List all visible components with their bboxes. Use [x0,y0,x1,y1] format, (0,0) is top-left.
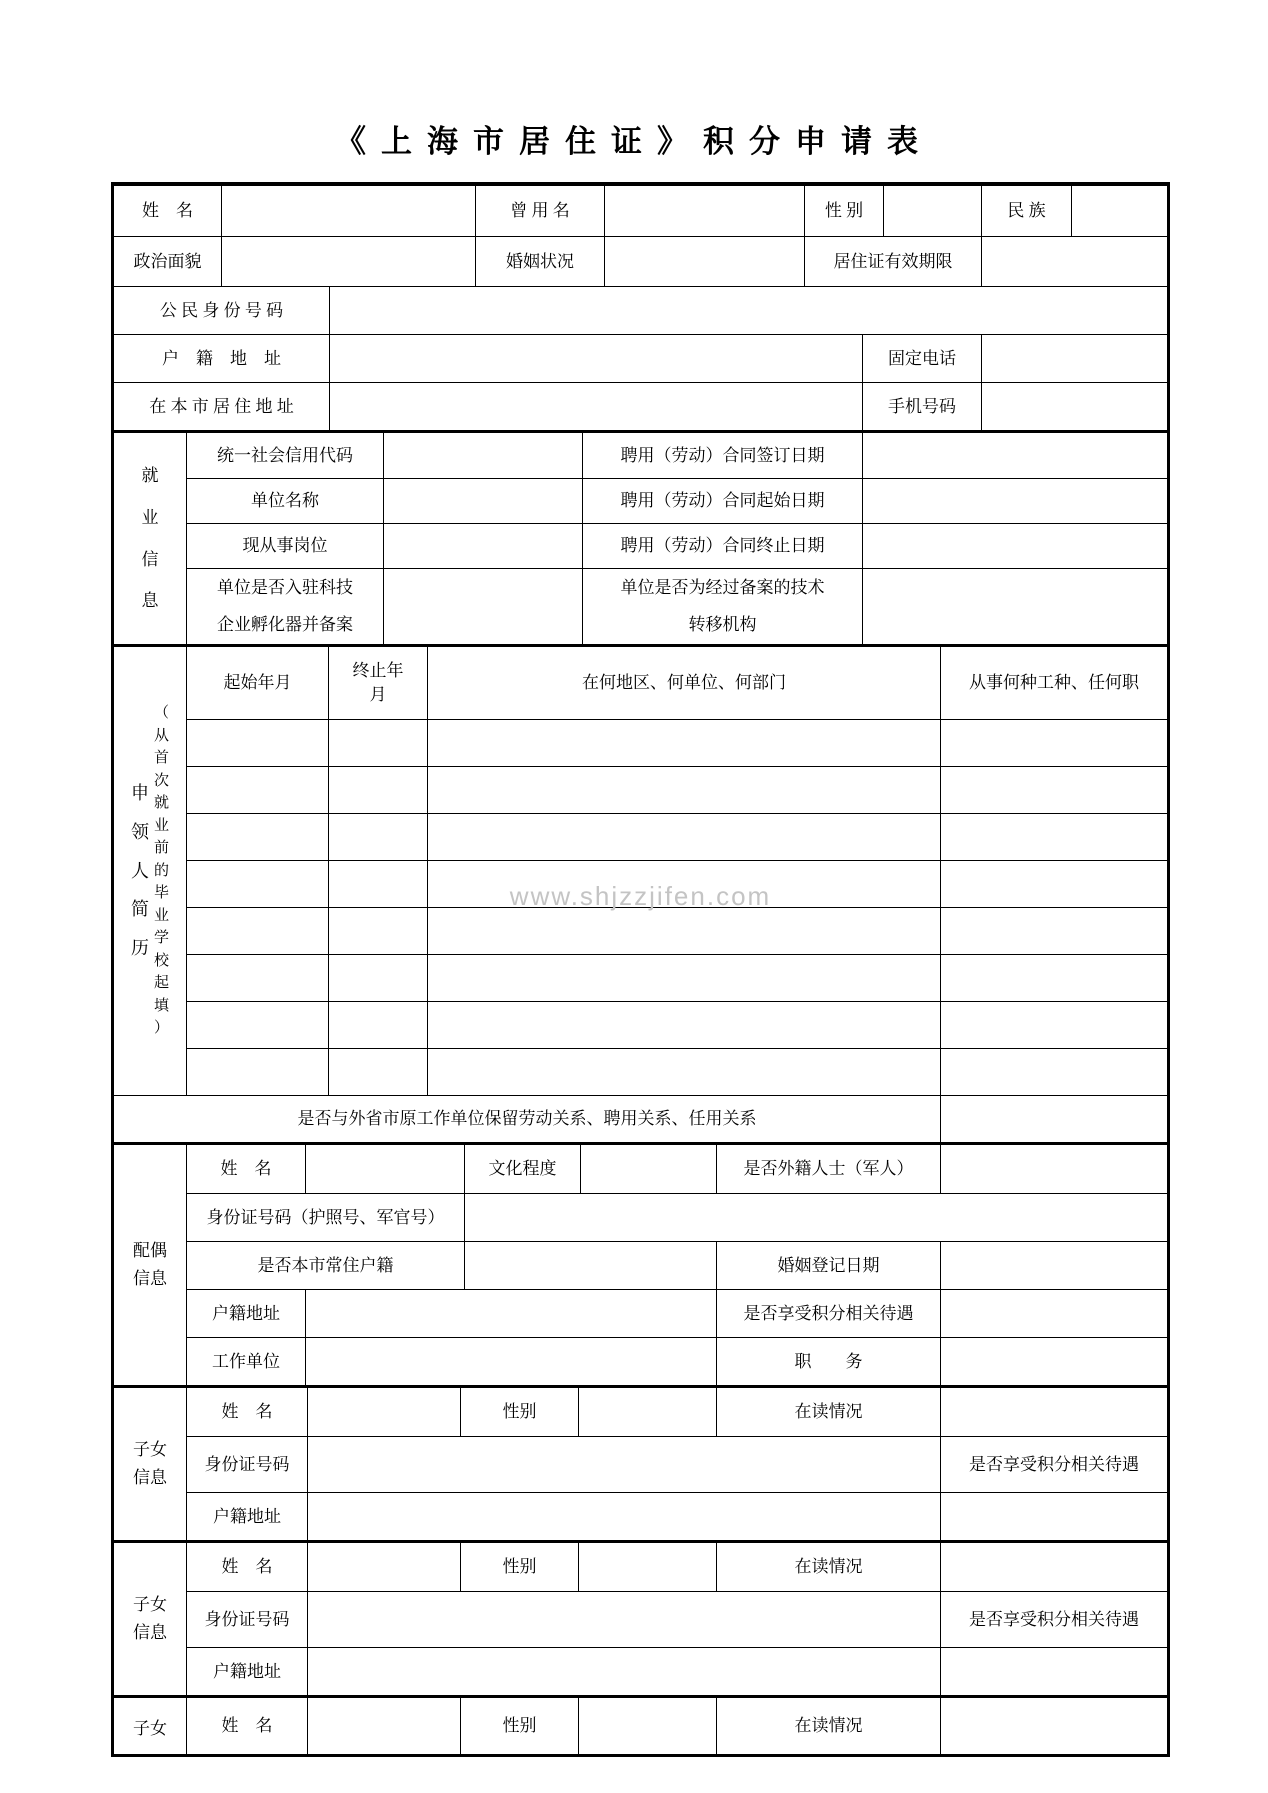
resume-what-field [940,1049,1167,1095]
spouse-name-label: 姓 名 [187,1145,305,1193]
resume-end-field [328,814,427,860]
spouse-foreign-label: 是否外籍人士（军人） [716,1145,940,1193]
mobile-field [981,383,1167,430]
political-status-field [221,237,475,286]
resume-empty-row [187,860,1167,907]
child3-gender-field [578,1698,716,1754]
citizen-id-field [329,287,1167,334]
child2-address-field [307,1648,940,1695]
resume-what-field [940,955,1167,1001]
resume-section-label: 申 领 人 简 历 （ 从 首 次 就 业 前 的 毕 业 学 校 起 填 ） [114,647,187,1095]
retain-relationship-field [940,1096,1167,1142]
child2-address-label: 户籍地址 [187,1648,307,1695]
row-child1-address: 户籍地址 [187,1492,1167,1540]
section-child1-info: 子女 信息 姓 名 性别 在读情况 身份证号码 是否享受积分相关待遇 户籍地址 [114,1385,1167,1540]
resume-start-field [187,767,328,813]
resume-end-field [328,1049,427,1095]
child3-name-field [307,1698,460,1754]
spouse-address-field [305,1290,716,1337]
resume-where-field [427,861,940,907]
incubator-field [383,569,582,644]
landline-field [981,335,1167,382]
child1-gender-field [578,1388,716,1436]
row-spouse-name: 姓 名 文化程度 是否外籍人士（军人） [187,1145,1167,1193]
current-position-field [383,524,582,568]
resume-end-field [328,1002,427,1048]
child1-rows: 姓 名 性别 在读情况 身份证号码 是否享受积分相关待遇 户籍地址 [187,1388,1167,1540]
row-political: 政治面貌 婚姻状况 居住证有效期限 [114,236,1167,286]
resume-where-field [427,814,940,860]
row-household-address: 户 籍 地 址 固定电话 [114,334,1167,382]
resume-empty-row [187,719,1167,766]
resume-start-field [187,814,328,860]
spouse-rows: 姓 名 文化程度 是否外籍人士（军人） 身份证号码（护照号、军官号） 是否本市常… [187,1145,1167,1385]
row-credit-code: 统一社会信用代码 聘用（劳动）合同签订日期 [187,433,1167,478]
resume-start-field [187,955,328,1001]
spouse-name-field [305,1145,464,1193]
resume-where-field [427,767,940,813]
resume-end-field [328,955,427,1001]
resume-where-field [427,955,940,1001]
political-status-label: 政治面貌 [114,237,221,286]
retain-relationship-label: 是否与外省市原工作单位保留劳动关系、聘用关系、任用关系 [114,1096,940,1142]
resume-end-field [328,861,427,907]
child1-gender-label: 性别 [460,1388,578,1436]
child1-address-label: 户籍地址 [187,1493,307,1540]
child1-section-label: 子女 信息 [114,1388,187,1540]
row-spouse-employer: 工作单位 职 务 [187,1337,1167,1385]
child1-address-field [307,1493,940,1540]
child2-section-label: 子女 信息 [114,1543,187,1695]
resume-empty-row [187,1048,1167,1095]
contract-start-date-label: 聘用（劳动）合同起始日期 [582,479,862,523]
resume-header-row: 起始年月 终止年 月 在何地区、何单位、何部门 从事何种工种、任何职 [187,647,1167,719]
permit-validity-field [981,237,1167,286]
contract-end-date-label: 聘用（劳动）合同终止日期 [582,524,862,568]
resume-end-field [328,908,427,954]
child3-section-label: 子女 [114,1698,187,1754]
child2-school-field [940,1543,1167,1591]
row-retain-relationship: 是否与外省市原工作单位保留劳动关系、聘用关系、任用关系 [114,1096,1167,1142]
current-position-label: 现从事岗位 [187,524,383,568]
household-address-label: 户 籍 地 址 [114,335,329,382]
spouse-foreign-field [940,1145,1167,1193]
resume-start-field [187,861,328,907]
resume-what-field [940,861,1167,907]
spouse-marriage-date-label: 婚姻登记日期 [716,1242,940,1289]
gender-field [883,186,981,236]
resume-start-field [187,908,328,954]
resume-empty-row [187,813,1167,860]
spouse-hukou-label: 是否本市常住户籍 [187,1242,464,1289]
gender-label: 性 别 [804,186,883,236]
resume-end-field [328,720,427,766]
ethnicity-field [1071,186,1167,236]
row-spouse-hukou: 是否本市常住户籍 婚姻登记日期 [187,1241,1167,1289]
row-child2-id: 身份证号码 是否享受积分相关待遇 [187,1591,1167,1647]
page-title: 《上海市居住证》积分申请表 [0,116,1268,161]
resume-col-what-label: 从事何种工种、任何职 [940,647,1167,719]
child1-id-label: 身份证号码 [187,1437,307,1492]
resume-empty-row [187,907,1167,954]
section-spouse-info: 配偶 信息 姓 名 文化程度 是否外籍人士（军人） 身份证号码（护照号、军官号）… [114,1142,1167,1385]
contract-start-date-field [862,479,1167,523]
child2-rows: 姓 名 性别 在读情况 身份证号码 是否享受积分相关待遇 户籍地址 [187,1543,1167,1695]
resume-empty-row [187,766,1167,813]
row-child1-id: 身份证号码 是否享受积分相关待遇 [187,1436,1167,1492]
row-city-address: 在 本 市 居 住 地 址 手机号码 [114,382,1167,430]
name-label: 姓 名 [114,186,221,236]
child3-rows: 姓 名 性别 在读情况 [187,1698,1167,1754]
row-spouse-id: 身份证号码（护照号、军官号） [187,1193,1167,1241]
mobile-label: 手机号码 [862,383,981,430]
landline-label: 固定电话 [862,335,981,382]
child2-name-field [307,1543,460,1591]
section-personal-info: 姓 名 曾 用 名 性 别 民 族 政治面貌 婚姻状况 居住证有效期限 公 民 … [114,186,1167,430]
household-address-field [329,335,862,382]
incubator-label: 单位是否入驻科技 企业孵化器并备案 [187,569,383,644]
resume-what-field [940,720,1167,766]
child3-school-field [940,1698,1167,1754]
section-child2-info: 子女 信息 姓 名 性别 在读情况 身份证号码 是否享受积分相关待遇 户籍地址 [114,1540,1167,1695]
row-spouse-address: 户籍地址 是否享受积分相关待遇 [187,1289,1167,1337]
spouse-position-label: 职 务 [716,1338,940,1385]
resume-what-field [940,814,1167,860]
form-page: 《上海市居住证》积分申请表 姓 名 曾 用 名 性 别 民 族 政治面貌 婚姻状… [0,0,1268,1793]
spouse-id-label: 身份证号码（护照号、军官号） [187,1194,464,1241]
child1-benefit-field [940,1493,1167,1540]
spouse-employer-label: 工作单位 [187,1338,305,1385]
resume-what-field [940,1002,1167,1048]
row-employer-name: 单位名称 聘用（劳动）合同起始日期 [187,478,1167,523]
city-address-label: 在 本 市 居 住 地 址 [114,383,329,430]
row-current-position: 现从事岗位 聘用（劳动）合同终止日期 [187,523,1167,568]
child1-name-field [307,1388,460,1436]
city-address-field [329,383,862,430]
resume-start-field [187,720,328,766]
section-child3-info: 子女 姓 名 性别 在读情况 [114,1695,1167,1754]
tech-transfer-label: 单位是否为经过备案的技术 转移机构 [582,569,862,644]
credit-code-field [383,433,582,478]
child1-id-field [307,1437,940,1492]
child1-benefit-label: 是否享受积分相关待遇 [940,1437,1167,1492]
child3-gender-label: 性别 [460,1698,578,1754]
child2-id-label: 身份证号码 [187,1592,307,1647]
permit-validity-label: 居住证有效期限 [804,237,981,286]
resume-where-field [427,1049,940,1095]
resume-label-note: （ 从 首 次 就 业 前 的 毕 业 学 校 起 填 ） [154,702,169,1040]
row-child2-name: 姓 名 性别 在读情况 [187,1543,1167,1591]
resume-where-field [427,908,940,954]
former-name-field [604,186,804,236]
contract-end-date-field [862,524,1167,568]
resume-where-field [427,1002,940,1048]
resume-label-wrap: 申 领 人 简 历 （ 从 首 次 就 业 前 的 毕 业 学 校 起 填 ） [131,702,169,1040]
contract-sign-date-label: 聘用（劳动）合同签订日期 [582,433,862,478]
employer-name-field [383,479,582,523]
employment-section-label: 就 业 信 息 [114,433,187,644]
section-employment-info: 就 业 信 息 统一社会信用代码 聘用（劳动）合同签订日期 单位名称 聘用（劳动… [114,430,1167,644]
resume-where-field [427,720,940,766]
spouse-employer-field [305,1338,716,1385]
credit-code-label: 统一社会信用代码 [187,433,383,478]
resume-what-field [940,908,1167,954]
child2-benefit-field [940,1648,1167,1695]
spouse-address-label: 户籍地址 [187,1290,305,1337]
spouse-education-label: 文化程度 [464,1145,580,1193]
resume-end-field [328,767,427,813]
employment-rows: 统一社会信用代码 聘用（劳动）合同签订日期 单位名称 聘用（劳动）合同起始日期 … [187,433,1167,644]
row-child2-address: 户籍地址 [187,1647,1167,1695]
child2-gender-label: 性别 [460,1543,578,1591]
child2-id-field [307,1592,940,1647]
row-name: 姓 名 曾 用 名 性 别 民 族 [114,186,1167,236]
citizen-id-label: 公 民 身 份 号 码 [114,287,329,334]
row-citizen-id: 公 民 身 份 号 码 [114,286,1167,334]
marital-status-field [604,237,804,286]
spouse-benefit-label: 是否享受积分相关待遇 [716,1290,940,1337]
tech-transfer-field [862,569,1167,644]
child2-school-label: 在读情况 [716,1543,940,1591]
employer-name-label: 单位名称 [187,479,383,523]
contract-sign-date-field [862,433,1167,478]
child1-name-label: 姓 名 [187,1388,307,1436]
former-name-label: 曾 用 名 [475,186,604,236]
spouse-hukou-field [464,1242,716,1289]
resume-empty-row [187,954,1167,1001]
spouse-section-label: 配偶 信息 [114,1145,187,1385]
resume-what-field [940,767,1167,813]
name-field [221,186,475,236]
section-resume: 申 领 人 简 历 （ 从 首 次 就 业 前 的 毕 业 学 校 起 填 ） … [114,644,1167,1142]
resume-start-field [187,1002,328,1048]
resume-rows: 起始年月 终止年 月 在何地区、何单位、何部门 从事何种工种、任何职 [187,647,1167,1095]
child3-name-label: 姓 名 [187,1698,307,1754]
resume-start-field [187,1049,328,1095]
child2-name-label: 姓 名 [187,1543,307,1591]
spouse-benefit-field [940,1290,1167,1337]
resume-label-main: 申 领 人 简 历 [131,774,149,967]
marital-status-label: 婚姻状况 [475,237,604,286]
spouse-position-field [940,1338,1167,1385]
child1-school-label: 在读情况 [716,1388,940,1436]
spouse-marriage-date-field [940,1242,1167,1289]
child2-benefit-label: 是否享受积分相关待遇 [940,1592,1167,1647]
row-child3-name: 姓 名 性别 在读情况 [187,1698,1167,1754]
resume-col-end-label: 终止年 月 [328,647,427,719]
resume-col-start-label: 起始年月 [187,647,328,719]
child1-school-field [940,1388,1167,1436]
row-incubator: 单位是否入驻科技 企业孵化器并备案 单位是否为经过备案的技术 转移机构 [187,568,1167,644]
ethnicity-label: 民 族 [981,186,1071,236]
resume-grid: 申 领 人 简 历 （ 从 首 次 就 业 前 的 毕 业 学 校 起 填 ） … [114,647,1167,1096]
application-form-table: 姓 名 曾 用 名 性 别 民 族 政治面貌 婚姻状况 居住证有效期限 公 民 … [111,182,1170,1757]
resume-col-where-label: 在何地区、何单位、何部门 [427,647,940,719]
child3-school-label: 在读情况 [716,1698,940,1754]
row-child1-name: 姓 名 性别 在读情况 [187,1388,1167,1436]
spouse-id-field [464,1194,1167,1241]
resume-empty-row [187,1001,1167,1048]
child2-gender-field [578,1543,716,1591]
spouse-education-field [580,1145,716,1193]
